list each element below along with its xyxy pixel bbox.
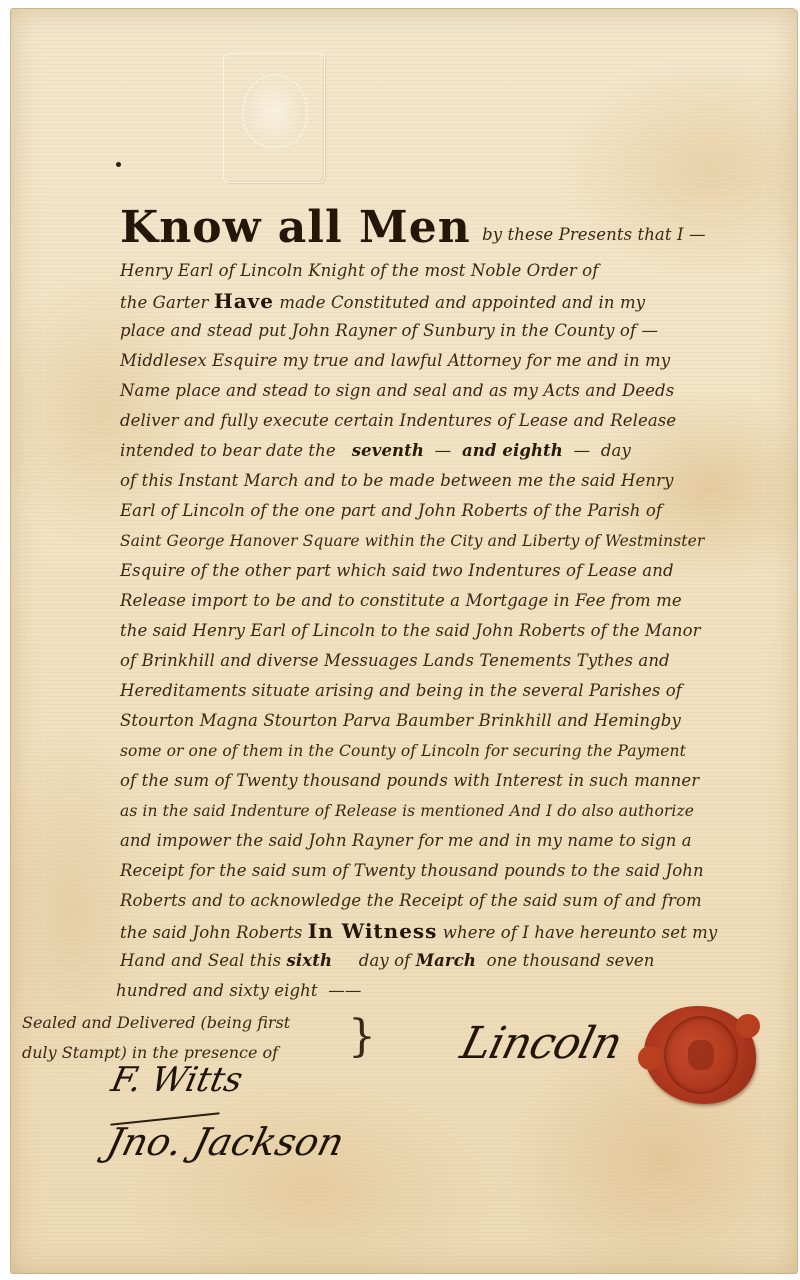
text-span: the said John Roberts xyxy=(120,923,302,942)
text-span: hundred and sixty eight xyxy=(116,981,318,1000)
text-span: intended to bear date the xyxy=(120,441,336,460)
seal-ring xyxy=(664,1016,738,1094)
text-span: day of xyxy=(359,951,411,970)
body-line: as in the said Indenture of Release is m… xyxy=(120,796,792,826)
body-line: Henry Earl of Lincoln Knight of the most… xyxy=(120,256,792,286)
seal-lobe xyxy=(736,1014,760,1038)
ink-dot xyxy=(116,162,121,167)
body-line: Receipt for the said sum of Twenty thous… xyxy=(120,856,792,886)
text-span: made Constituted and appointed and in my xyxy=(279,293,645,312)
attestation-clause: Sealed and Delivered (being first duly S… xyxy=(22,1008,290,1068)
body-line: Middlesex Esquire my true and lawful Att… xyxy=(120,346,792,376)
text-span: one thousand seven xyxy=(487,951,655,970)
gothic-have: Have xyxy=(214,289,274,313)
body-line: of this Instant March and to be made bet… xyxy=(120,466,792,496)
heading-line: Know all Men by these Presents that I — xyxy=(120,200,792,256)
line-filler: — xyxy=(642,321,659,340)
body-line: Name place and stead to sign and seal an… xyxy=(120,376,792,406)
body-line: Roberts and to acknowledge the Receipt o… xyxy=(120,886,792,916)
seal-lobe xyxy=(638,1046,662,1070)
body-line: the Garter Have made Constituted and app… xyxy=(120,286,792,316)
body-line: Saint George Hanover Square within the C… xyxy=(120,526,792,556)
body-line: intended to bear date the seventh — and … xyxy=(120,436,792,466)
embossed-tax-stamp xyxy=(223,53,325,183)
text-span: the Garter xyxy=(120,293,208,312)
body-line: Hereditaments situate arising and being … xyxy=(120,676,792,706)
body-line: place and stead put John Rayner of Sunbu… xyxy=(120,316,792,346)
heading-rest: by these Presents that I xyxy=(482,225,683,244)
seal-crest-icon xyxy=(688,1040,714,1070)
body-line: some or one of them in the County of Lin… xyxy=(120,736,792,766)
body-line: Esquire of the other part which said two… xyxy=(120,556,792,586)
brace-icon: } xyxy=(348,1012,376,1062)
attestation-line-1: Sealed and Delivered (being first xyxy=(22,1008,290,1038)
text-span: day xyxy=(601,441,631,460)
body-line: deliver and fully execute certain Indent… xyxy=(120,406,792,436)
line-filler: — xyxy=(568,441,595,460)
principal-signature: Lincoln xyxy=(456,1018,627,1069)
embossed-crest-icon xyxy=(242,74,308,148)
date-word: and eighth xyxy=(462,441,563,460)
body-line: the said Henry Earl of Lincoln to the sa… xyxy=(120,616,792,646)
heading-gothic: Know all Men xyxy=(120,202,471,253)
body-line: Earl of Lincoln of the one part and John… xyxy=(120,496,792,526)
line-filler: — xyxy=(429,441,456,460)
date-word: seventh xyxy=(352,441,424,460)
body-line: Hand and Seal this sixth day of March on… xyxy=(120,946,792,976)
witness-signature-1: F. Witts xyxy=(108,1060,246,1100)
body-line: of Brinkhill and diverse Messuages Lands… xyxy=(120,646,792,676)
date-word: sixth xyxy=(287,951,333,970)
body-line: hundred and sixty eight —— xyxy=(116,976,792,1006)
text-span: place and stead put John Rayner of Sunbu… xyxy=(120,321,636,340)
text-span: where of I have hereunto set my xyxy=(443,923,718,942)
gothic-in-witness: In Witness xyxy=(308,919,438,943)
text-span: Hand and Seal this xyxy=(120,951,281,970)
line-filler: — xyxy=(689,225,706,244)
line-filler: —— xyxy=(323,981,362,1000)
body-line: the said John Roberts In Witness where o… xyxy=(120,916,792,946)
body-line: Stourton Magna Stourton Parva Baumber Br… xyxy=(120,706,792,736)
body-line: Release import to be and to constitute a… xyxy=(120,586,792,616)
witness-signature-2: Jno. Jackson xyxy=(103,1120,349,1164)
body-line: and impower the said John Rayner for me … xyxy=(120,826,792,856)
date-word: March xyxy=(416,951,476,970)
body-line: of the sum of Twenty thousand pounds wit… xyxy=(120,766,792,796)
deed-body: Know all Men by these Presents that I — … xyxy=(120,200,792,1006)
